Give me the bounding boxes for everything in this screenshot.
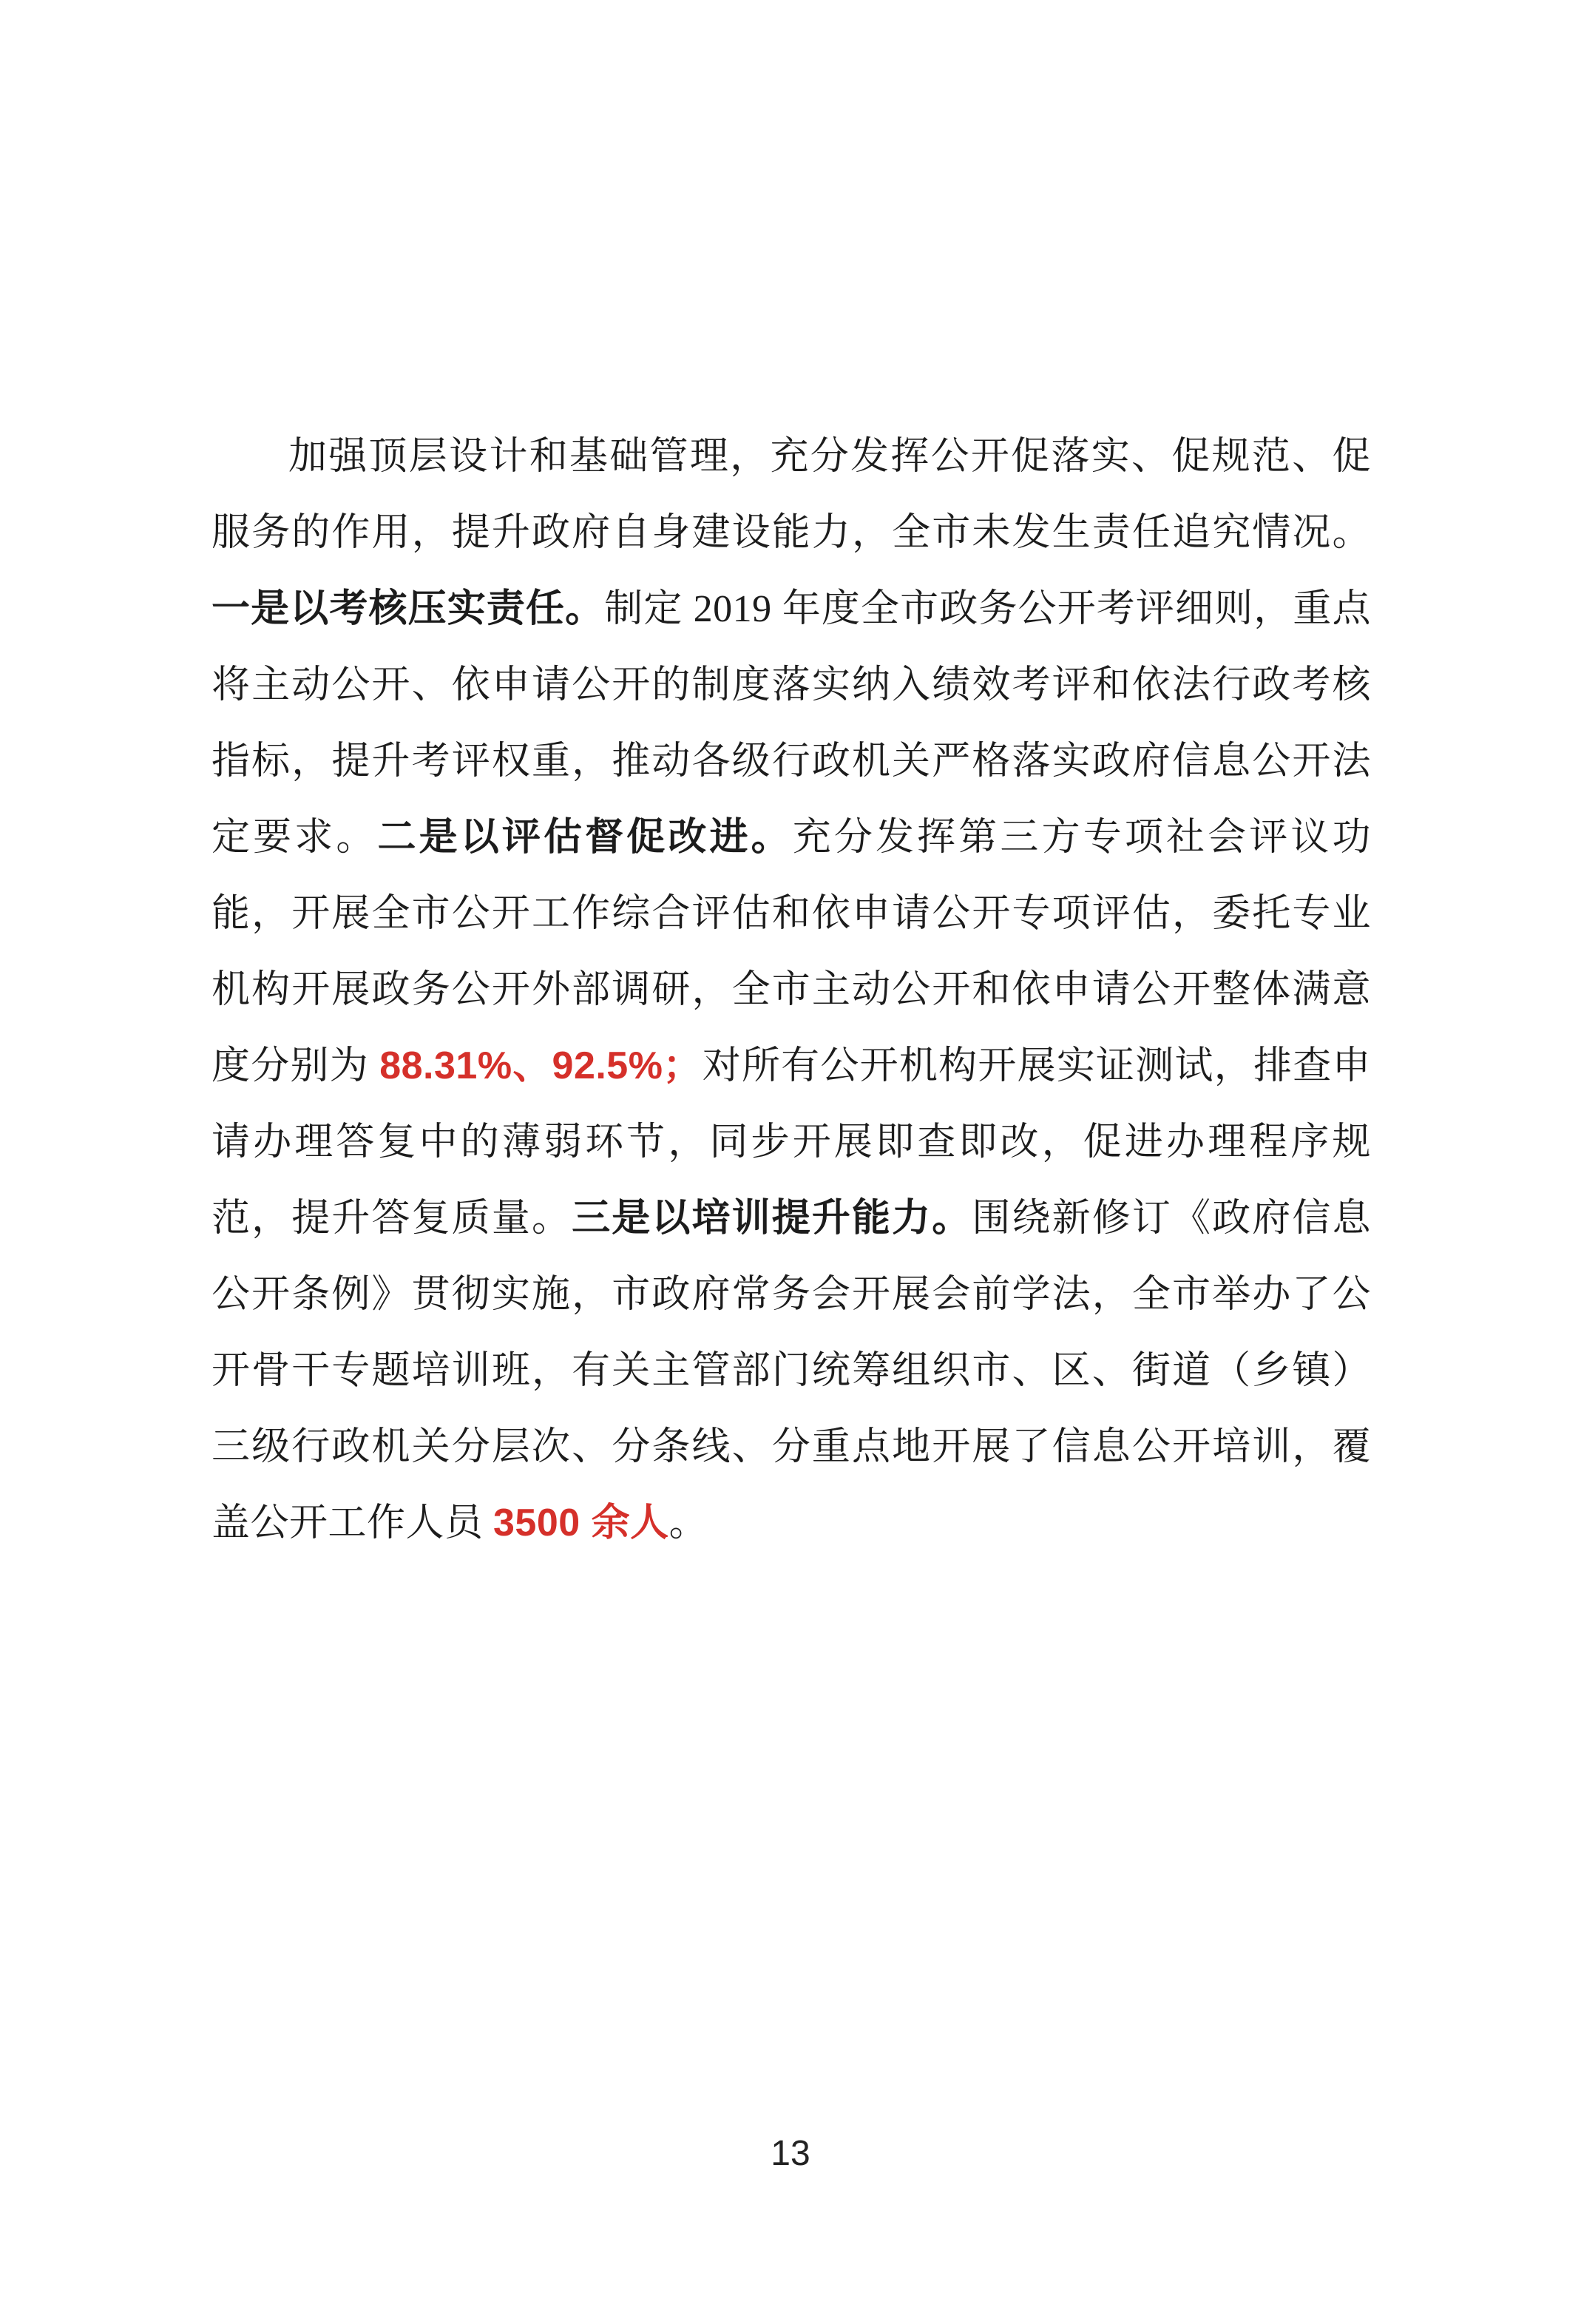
text-segment-bold: 二是以评估督促改进。 <box>378 817 793 859</box>
body-paragraph: 加强顶层设计和基础管理，充分发挥公开促落实、促规范、促服务的作用，提升政府自身建… <box>211 419 1371 1561</box>
text-segment-bold: 三是以培训提升能力。 <box>572 1198 972 1240</box>
document-page: 加强顶层设计和基础管理，充分发挥公开促落实、促规范、促服务的作用，提升政府自身建… <box>0 0 1581 2324</box>
text-segment-normal: 加强顶层设计和基础管理，充分发挥公开促落实、促规范、促服务的作用，提升政府自身建… <box>211 436 1371 554</box>
page-number: 13 <box>0 2133 1581 2175</box>
text-segment-normal: 。 <box>669 1502 708 1544</box>
text-segment-red-bold: 88.31%、92.5%； <box>379 1044 702 1087</box>
text-segment-normal: 围绕新修订《政府信息公开条例》贯彻实施，市政府常务会开展会前学法，全市举办了公开… <box>211 1198 1371 1544</box>
text-segment-red-bold: 3500 余人 <box>493 1502 669 1544</box>
text-segment-bold: 一是以考核压实责任。 <box>211 588 604 630</box>
